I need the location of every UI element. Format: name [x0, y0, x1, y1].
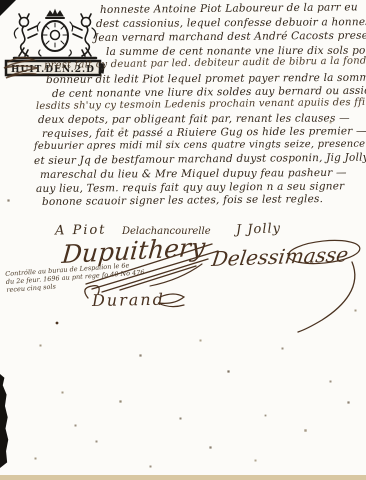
signature-durand: Durand: [92, 290, 165, 310]
paper-speckles: [0, 0, 1, 1]
manuscript-line: bonone scauoir signer les actes, fois se…: [42, 193, 323, 208]
signature-jolly: J Jolly: [236, 221, 282, 238]
manuscript-page: HUIT.DEN.2.D honneste Antoine Piot Labou…: [0, 0, 366, 480]
manuscript-line: bonneur dit ledit Piot lequel promet pay…: [46, 72, 366, 86]
signature-delessimasse: Delessimasse: [210, 242, 350, 271]
tax-stamp-engraving: HUIT.DEN.2.D: [4, 8, 106, 82]
manuscript-line: dest cassionius, lequel confesse debuoir…: [96, 16, 366, 30]
signature-piot: A Piot: [55, 223, 107, 239]
registration-margin-note: Contrólle au burau de Lespalion le 6e du…: [5, 260, 156, 294]
manuscript-line: Jean vernard marchand dest André Cacosts…: [94, 29, 366, 44]
scan-edge-blob: [0, 374, 11, 468]
scan-bottom-strip: [0, 475, 366, 480]
manuscript-line: requises, fait et passé a Riuiere Gug os…: [42, 125, 366, 140]
manuscript-line: honneste Antoine Piot Laboureur de la pa…: [100, 1, 358, 16]
manuscript-line: febuurier apres midi mil six cens quatre…: [34, 139, 365, 152]
tax-stamp: HUIT.DEN.2.D: [4, 8, 106, 82]
manuscript-line: mareschal du lieu & Mre Miquel dupuy fea…: [40, 167, 347, 181]
manuscript-line: et sieur Jq de bestfamour marchand duyst…: [34, 151, 366, 167]
manuscript-line: deux depots, par obligeant fait par, ren…: [38, 112, 350, 126]
